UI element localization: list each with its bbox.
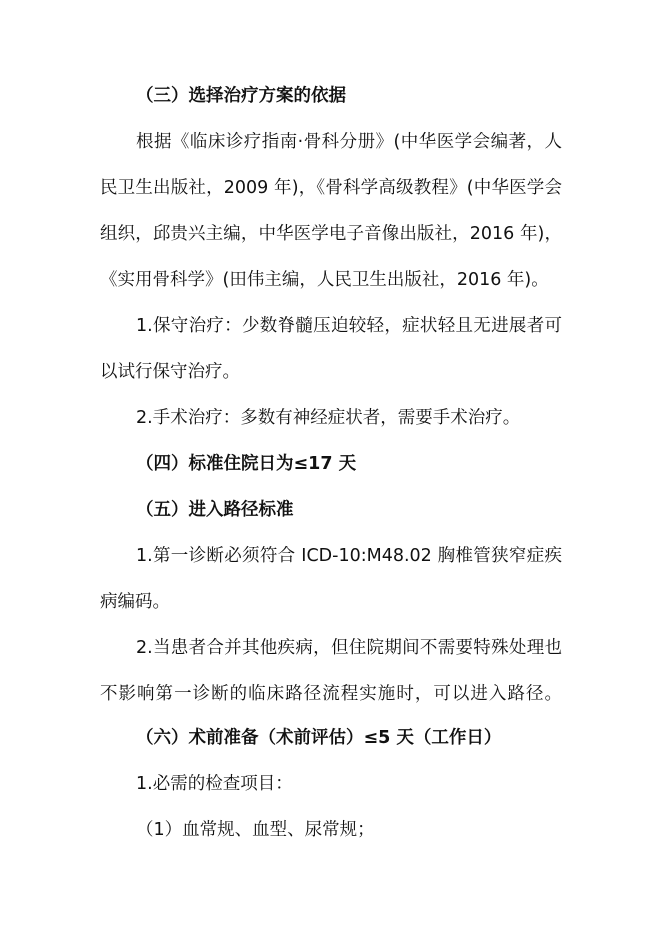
- paragraph-line: 以试行保守治疗。: [100, 360, 562, 384]
- paragraph-line: 2.当患者合并其他疾病，但住院期间不需要特殊处理也: [136, 636, 562, 660]
- paragraph-line: 民卫生出版社，2009 年)，《骨科学高级教程》(中华医学会: [100, 176, 562, 200]
- paragraph-line: 2.手术治疗：多数有神经症状者，需要手术治疗。: [136, 406, 562, 430]
- paragraph-line: 1.第一诊断必须符合 ICD-10:M48.02 胸椎管狭窄症疾: [136, 544, 562, 568]
- paragraph-line: （1）血常规、血型、尿常规；: [136, 818, 562, 842]
- paragraph-line: 根据《临床诊疗指南·骨科分册》(中华医学会编著，人: [136, 130, 562, 154]
- paragraph-line: 《实用骨科学》(田伟主编，人民卫生出版社，2016 年)。: [100, 268, 562, 292]
- paragraph-line: 病编码。: [100, 590, 562, 614]
- paragraph-line: 1.保守治疗：少数脊髓压迫较轻，症状轻且无进展者可: [136, 314, 562, 338]
- section-heading: （六）术前准备（术前评估）≤5 天（工作日）: [136, 726, 562, 750]
- paragraph-line: 不影响第一诊断的临床路径流程实施时，可以进入路径。: [100, 682, 562, 706]
- section-heading: （五）进入路径标准: [136, 498, 562, 522]
- section-heading: （三）选择治疗方案的依据: [136, 84, 562, 108]
- paragraph-line: 1.必需的检查项目：: [136, 772, 562, 796]
- paragraph-line: 组织，邱贵兴主编，中华医学电子音像出版社，2016 年)，: [100, 222, 562, 246]
- section-heading: （四）标准住院日为≤17 天: [136, 452, 562, 476]
